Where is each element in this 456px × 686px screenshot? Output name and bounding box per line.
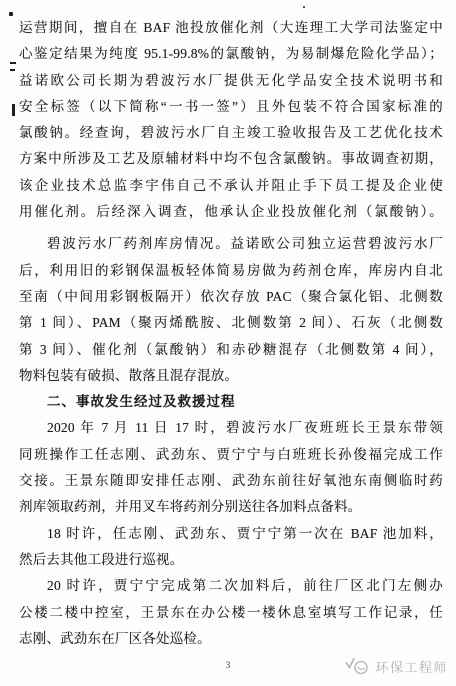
paragraph-line: 氯酸钠。经查询，碧波污水厂自主竣工验收报告及工艺优化技术: [19, 120, 443, 146]
scanned-document-page: 运营期间，擅自在 BAF 池投放催化剂（大连理工大学司法鉴定中 心鉴定结果为纯度…: [0, 0, 456, 686]
scan-speck: [9, 12, 13, 16]
paragraph-line: 安全标签（以下简称“一书一签”）且外包装不符合国家标准的: [19, 94, 443, 120]
paragraph-line: 方案中所涉及工艺及原辅材料中均不包含氯酸钠。事故调查初期，: [19, 146, 443, 172]
document-body: 运营期间，擅自在 BAF 池投放催化剂（大连理工大学司法鉴定中 心鉴定结果为纯度…: [19, 15, 443, 652]
paragraph-line: 同班操作工任志刚、武劲东、贾宁宁与白班班长孙俊福完成工作: [19, 442, 443, 468]
scan-speck: [12, 104, 15, 116]
paragraph-line: 第 1 间）、PAM（聚丙烯酰胺、北侧数第 2 间）、石灰（北侧数: [19, 310, 443, 336]
watermark: 环保工程师: [345, 655, 448, 677]
paragraph-line: 然后去其他工段进行巡视。: [19, 547, 443, 573]
scan-speck: [10, 69, 15, 71]
paragraph-line: 剂库领取药剂，并用叉车将药剂分别送往各加料点备料。: [19, 494, 443, 520]
watermark-logo-icon: [345, 657, 369, 675]
watermark-text: 环保工程师: [375, 657, 448, 676]
paragraph-line: 益诺欧公司长期为碧波污水厂提供无化学品安全技术说明书和: [19, 68, 443, 94]
paragraph-line: 公楼二楼中控室，王景东在办公楼一楼休息室填写工作记录，任: [19, 600, 443, 626]
paragraph-line: 至南（中间用彩钢板隔开）依次存放 PAC（聚合氯化铝、北侧数: [19, 284, 443, 310]
paragraph-line: 心鉴定结果为纯度 95.1-99.8%的氯酸钠，为易制爆危险化学品）；: [19, 41, 443, 67]
paragraph-line: 2020 年 7 月 11 日 17 时，碧波污水厂夜班班长王景东带领: [19, 415, 443, 441]
paragraph-line: 18 时许，任志刚、武劲东、贾宁宁第一次在 BAF 池加料，: [19, 521, 443, 547]
scan-speck: [303, 6, 305, 8]
paragraph-line: 碧波污水厂药剂库房情况。益诺欧公司独立运营碧波污水厂: [19, 231, 443, 257]
paragraph-line: 后，利用旧的彩钢保温板轻体简易房做为药剂仓库，库房内自北: [19, 258, 443, 284]
paragraph-line: 20 时许，贾宁宁完成第二次加料后，前往厂区北门左侧办: [19, 573, 443, 599]
paragraph-line: 交接。王景东随即安排任志刚、武劲东前往好氧池东南侧临时药: [19, 468, 443, 494]
paragraph-line: 第 3 间）、催化剂（氯酸钠）和赤砂糖混存（北侧数第 4 间），: [19, 337, 443, 363]
paragraph-line: 该企业技术总监李宇伟自己不承认并阻止手下员工提及企业使: [19, 173, 443, 199]
section-heading: 二、事故发生经过及救援过程: [19, 389, 443, 415]
paragraph-line: 物料包装有破损、散落且混存混放。: [19, 363, 443, 389]
scan-speck: [10, 62, 16, 64]
paragraph-line: 用催化剂。后经深入调查，他承认企业投放催化剂（氯酸钠）。: [19, 199, 443, 225]
paragraph-line: 运营期间，擅自在 BAF 池投放催化剂（大连理工大学司法鉴定中: [19, 15, 443, 41]
paragraph-line: 志刚、武劲东在厂区各处巡检。: [19, 626, 443, 652]
